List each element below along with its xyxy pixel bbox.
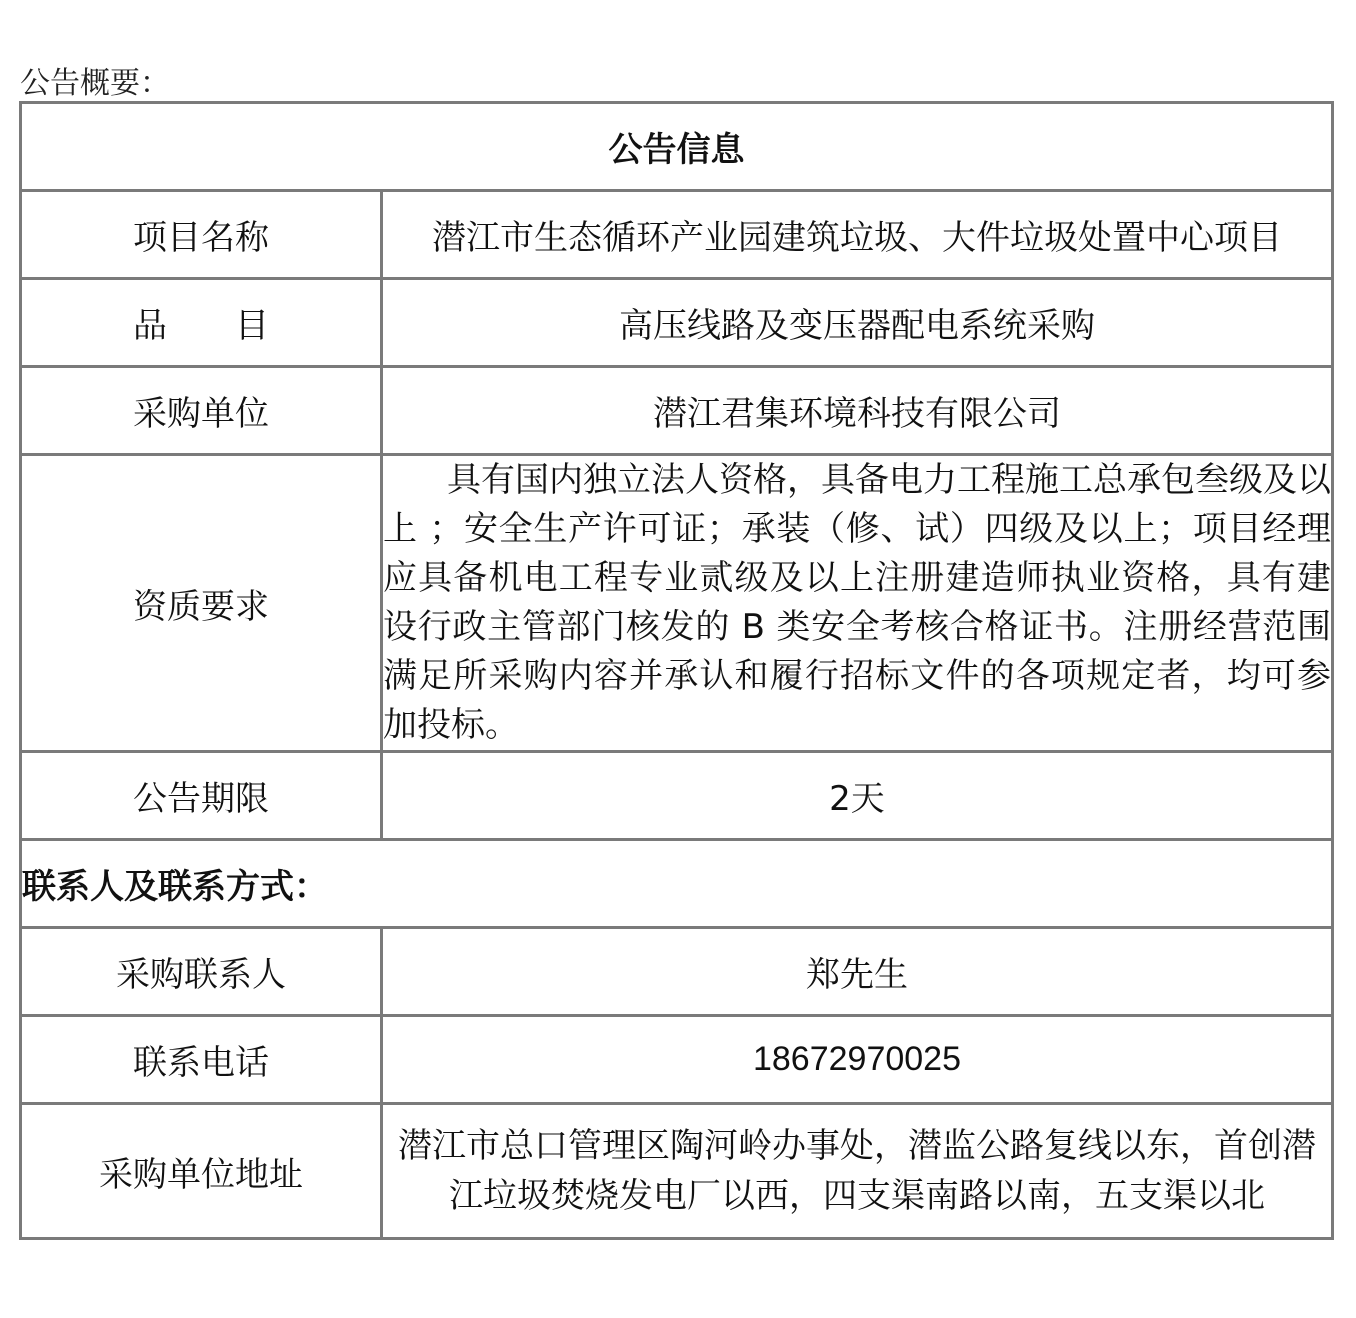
table-row-phone: 联系电话 18672970025 bbox=[21, 1016, 1333, 1104]
project-name-label: 项目名称 bbox=[21, 191, 382, 279]
contact-person-label: 采购联系人 bbox=[21, 928, 382, 1016]
address-value: 潜江市总口管理区陶河岭办事处，潜监公路复线以东，首创潜江垃圾焚烧发电厂以西，四支… bbox=[382, 1104, 1333, 1239]
table-row-purchaser: 采购单位 潜江君集环境科技有限公司 bbox=[21, 367, 1333, 455]
summary-label: 公告概要： bbox=[20, 58, 170, 102]
phone-value: 18672970025 bbox=[382, 1016, 1333, 1104]
contact-person-value: 郑先生 bbox=[382, 928, 1333, 1016]
table-row-category: 品 目 高压线路及变压器配电系统采购 bbox=[21, 279, 1333, 367]
announcement-info-table: 公告信息 项目名称 潜江市生态循环产业园建筑垃圾、大件垃圾处置中心项目 品 目 … bbox=[19, 101, 1334, 1240]
period-label: 公告期限 bbox=[21, 752, 382, 840]
table-title: 公告信息 bbox=[21, 103, 1333, 191]
table-title-row: 公告信息 bbox=[21, 103, 1333, 191]
table-row-project-name: 项目名称 潜江市生态循环产业园建筑垃圾、大件垃圾处置中心项目 bbox=[21, 191, 1333, 279]
category-label: 品 目 bbox=[21, 279, 382, 367]
table-row-qualification: 资质要求 具有国内独立法人资格，具备电力工程施工总承包叁级及以上 ；安全生产许可… bbox=[21, 455, 1333, 752]
table-row-address: 采购单位地址 潜江市总口管理区陶河岭办事处，潜监公路复线以东，首创潜江垃圾焚烧发… bbox=[21, 1104, 1333, 1239]
category-value: 高压线路及变压器配电系统采购 bbox=[382, 279, 1333, 367]
qualification-value-cell: 具有国内独立法人资格，具备电力工程施工总承包叁级及以上 ；安全生产许可证；承装（… bbox=[382, 455, 1333, 752]
address-label: 采购单位地址 bbox=[21, 1104, 382, 1239]
contact-section-row: 联系人及联系方式： bbox=[21, 840, 1333, 928]
project-name-value: 潜江市生态循环产业园建筑垃圾、大件垃圾处置中心项目 bbox=[382, 191, 1333, 279]
period-value: 2天 bbox=[382, 752, 1333, 840]
qualification-label: 资质要求 bbox=[21, 455, 382, 752]
table-row-contact-person: 采购联系人 郑先生 bbox=[21, 928, 1333, 1016]
phone-label: 联系电话 bbox=[21, 1016, 382, 1104]
purchaser-value: 潜江君集环境科技有限公司 bbox=[382, 367, 1333, 455]
purchaser-label: 采购单位 bbox=[21, 367, 382, 455]
contact-section-title: 联系人及联系方式： bbox=[21, 840, 1333, 928]
qualification-value: 具有国内独立法人资格，具备电力工程施工总承包叁级及以上 ；安全生产许可证；承装（… bbox=[383, 460, 1331, 745]
table-row-period: 公告期限 2天 bbox=[21, 752, 1333, 840]
